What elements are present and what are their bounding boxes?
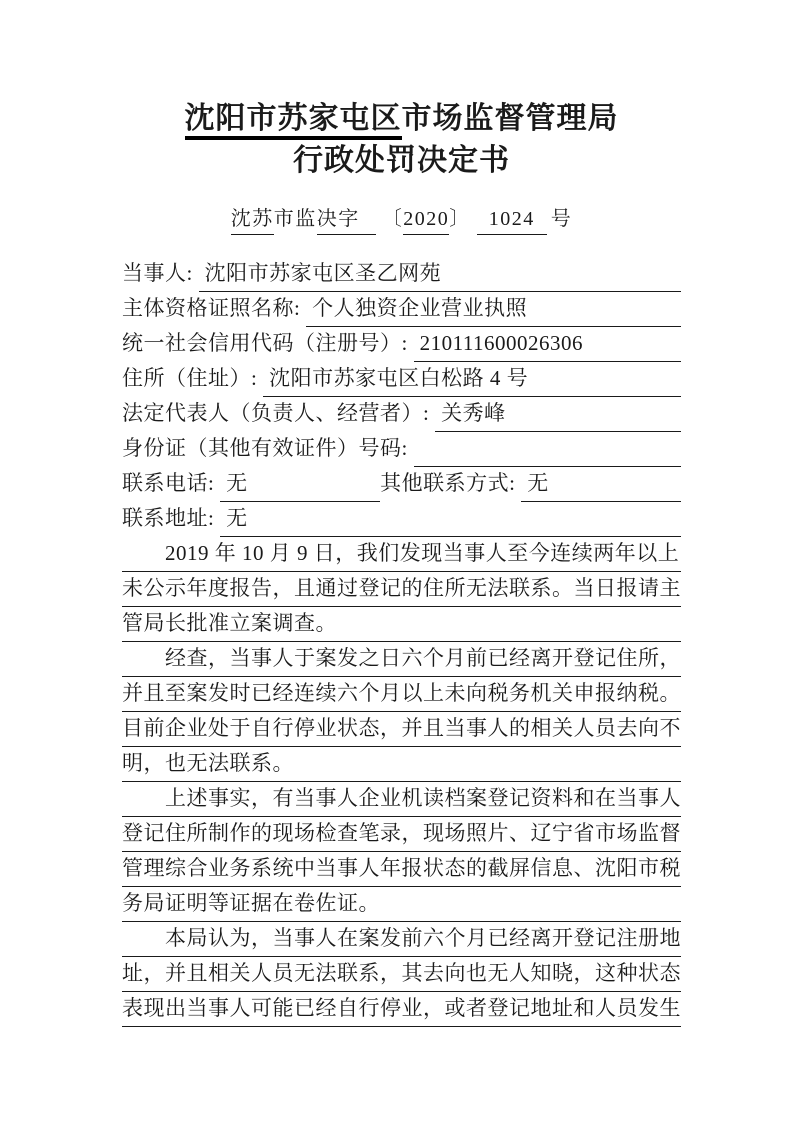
body-line: 务局证明等证据在卷佐证。: [122, 887, 681, 922]
field-label: 住所（住址）:: [122, 362, 263, 397]
field-value: 210111600026306: [414, 327, 681, 362]
field-label: 联系电话:: [122, 467, 220, 502]
field-label: 其他联系方式:: [380, 467, 521, 502]
field-row-id-number: 身份证（其他有效证件）号码:: [122, 432, 681, 467]
agency-title: 沈阳市苏家屯区市场监督管理局: [122, 98, 681, 140]
field-value: 关秀峰: [435, 397, 681, 432]
document-type-title: 行政处罚决定书: [122, 140, 681, 182]
body-line: 上述事实，有当事人企业机读档案登记资料和在当事人: [122, 782, 681, 817]
field-value: [414, 432, 681, 467]
doc-number-type: 决字: [317, 204, 376, 235]
field-value: 沈阳市苏家屯区白松路 4 号: [263, 362, 681, 397]
body-line: 表现出当事人可能已经自行停业，或者登记地址和人员发生: [122, 992, 681, 1027]
body-line: 目前企业处于自行停业状态，并且当事人的相关人员去向不: [122, 712, 681, 747]
doc-number-suffix: 号: [551, 204, 573, 234]
doc-number-year: 2020: [403, 204, 449, 235]
field-row-party: 当事人: 沈阳市苏家屯区圣乙网苑: [122, 257, 681, 292]
field-row-legal-rep: 法定代表人（负责人、经营者）: 关秀峰: [122, 397, 681, 432]
doc-number-serial: 1024: [477, 204, 547, 235]
field-value: 无: [220, 502, 681, 537]
body-line: 管局长批准立案调查。: [122, 607, 681, 642]
field-value: 个人独资企业营业执照: [306, 292, 681, 327]
doc-number-agency-abbr: 市监: [274, 204, 317, 234]
body-line: 并且至案发时已经连续六个月以上未向税务机关申报纳税。: [122, 677, 681, 712]
field-label: 主体资格证照名称:: [122, 292, 306, 327]
body-line: 明，也无法联系。: [122, 747, 681, 782]
field-value: 无: [220, 467, 380, 502]
field-row-address: 住所（住址）: 沈阳市苏家屯区白松路 4 号: [122, 362, 681, 397]
doc-number-bracket-open: 〔: [382, 204, 404, 234]
body-line: 经查，当事人于案发之日六个月前已经离开登记住所，: [122, 642, 681, 677]
body-line: 未公示年度报告，且通过登记的住所无法联系。当日报请主: [122, 572, 681, 607]
doc-number-prefix: 沈苏: [231, 204, 274, 235]
field-label: 当事人:: [122, 257, 199, 292]
body-line: 本局认为，当事人在案发前六个月已经离开登记注册地: [122, 922, 681, 957]
field-row-license-name: 主体资格证照名称: 个人独资企业营业执照: [122, 292, 681, 327]
field-row-credit-code: 统一社会信用代码（注册号）: 210111600026306: [122, 327, 681, 362]
doc-number-bracket-close: 〕: [449, 204, 471, 234]
field-label: 法定代表人（负责人、经营者）:: [122, 397, 435, 432]
agency-title-underlined-part: 沈阳市苏家屯区: [185, 102, 402, 140]
document-content: 沈阳市苏家屯区市场监督管理局 行政处罚决定书 沈苏市监决字〔2020〕1024号…: [0, 0, 800, 1027]
agency-title-rest: 市场监督管理局: [402, 102, 619, 135]
ruled-section: 当事人: 沈阳市苏家屯区圣乙网苑 主体资格证照名称: 个人独资企业营业执照 统一…: [122, 257, 681, 1027]
field-row-phone-and-other-contact: 联系电话: 无 其他联系方式: 无: [122, 467, 681, 502]
field-value: 无: [521, 467, 681, 502]
field-label: 身份证（其他有效证件）号码:: [122, 432, 414, 467]
body-line: 登记住所制作的现场检查笔录，现场照片、辽宁省市场监督: [122, 817, 681, 852]
field-row-contact-address: 联系地址: 无: [122, 502, 681, 537]
doc-number: 沈苏市监决字〔2020〕1024号: [122, 204, 681, 235]
field-label: 联系地址:: [122, 502, 220, 537]
body-line: 址，并且相关人员无法联系，其去向也无人知晓，这种状态: [122, 957, 681, 992]
penalty-decision-document: 沈阳市苏家屯区市场监督管理局 行政处罚决定书 沈苏市监决字〔2020〕1024号…: [0, 0, 800, 1131]
body-line: 2019 年 10 月 9 日，我们发现当事人至今连续两年以上: [122, 537, 681, 572]
body-line: 管理综合业务系统中当事人年报状态的截屏信息、沈阳市税: [122, 852, 681, 887]
field-label: 统一社会信用代码（注册号）:: [122, 327, 414, 362]
field-value: 沈阳市苏家屯区圣乙网苑: [199, 257, 681, 292]
